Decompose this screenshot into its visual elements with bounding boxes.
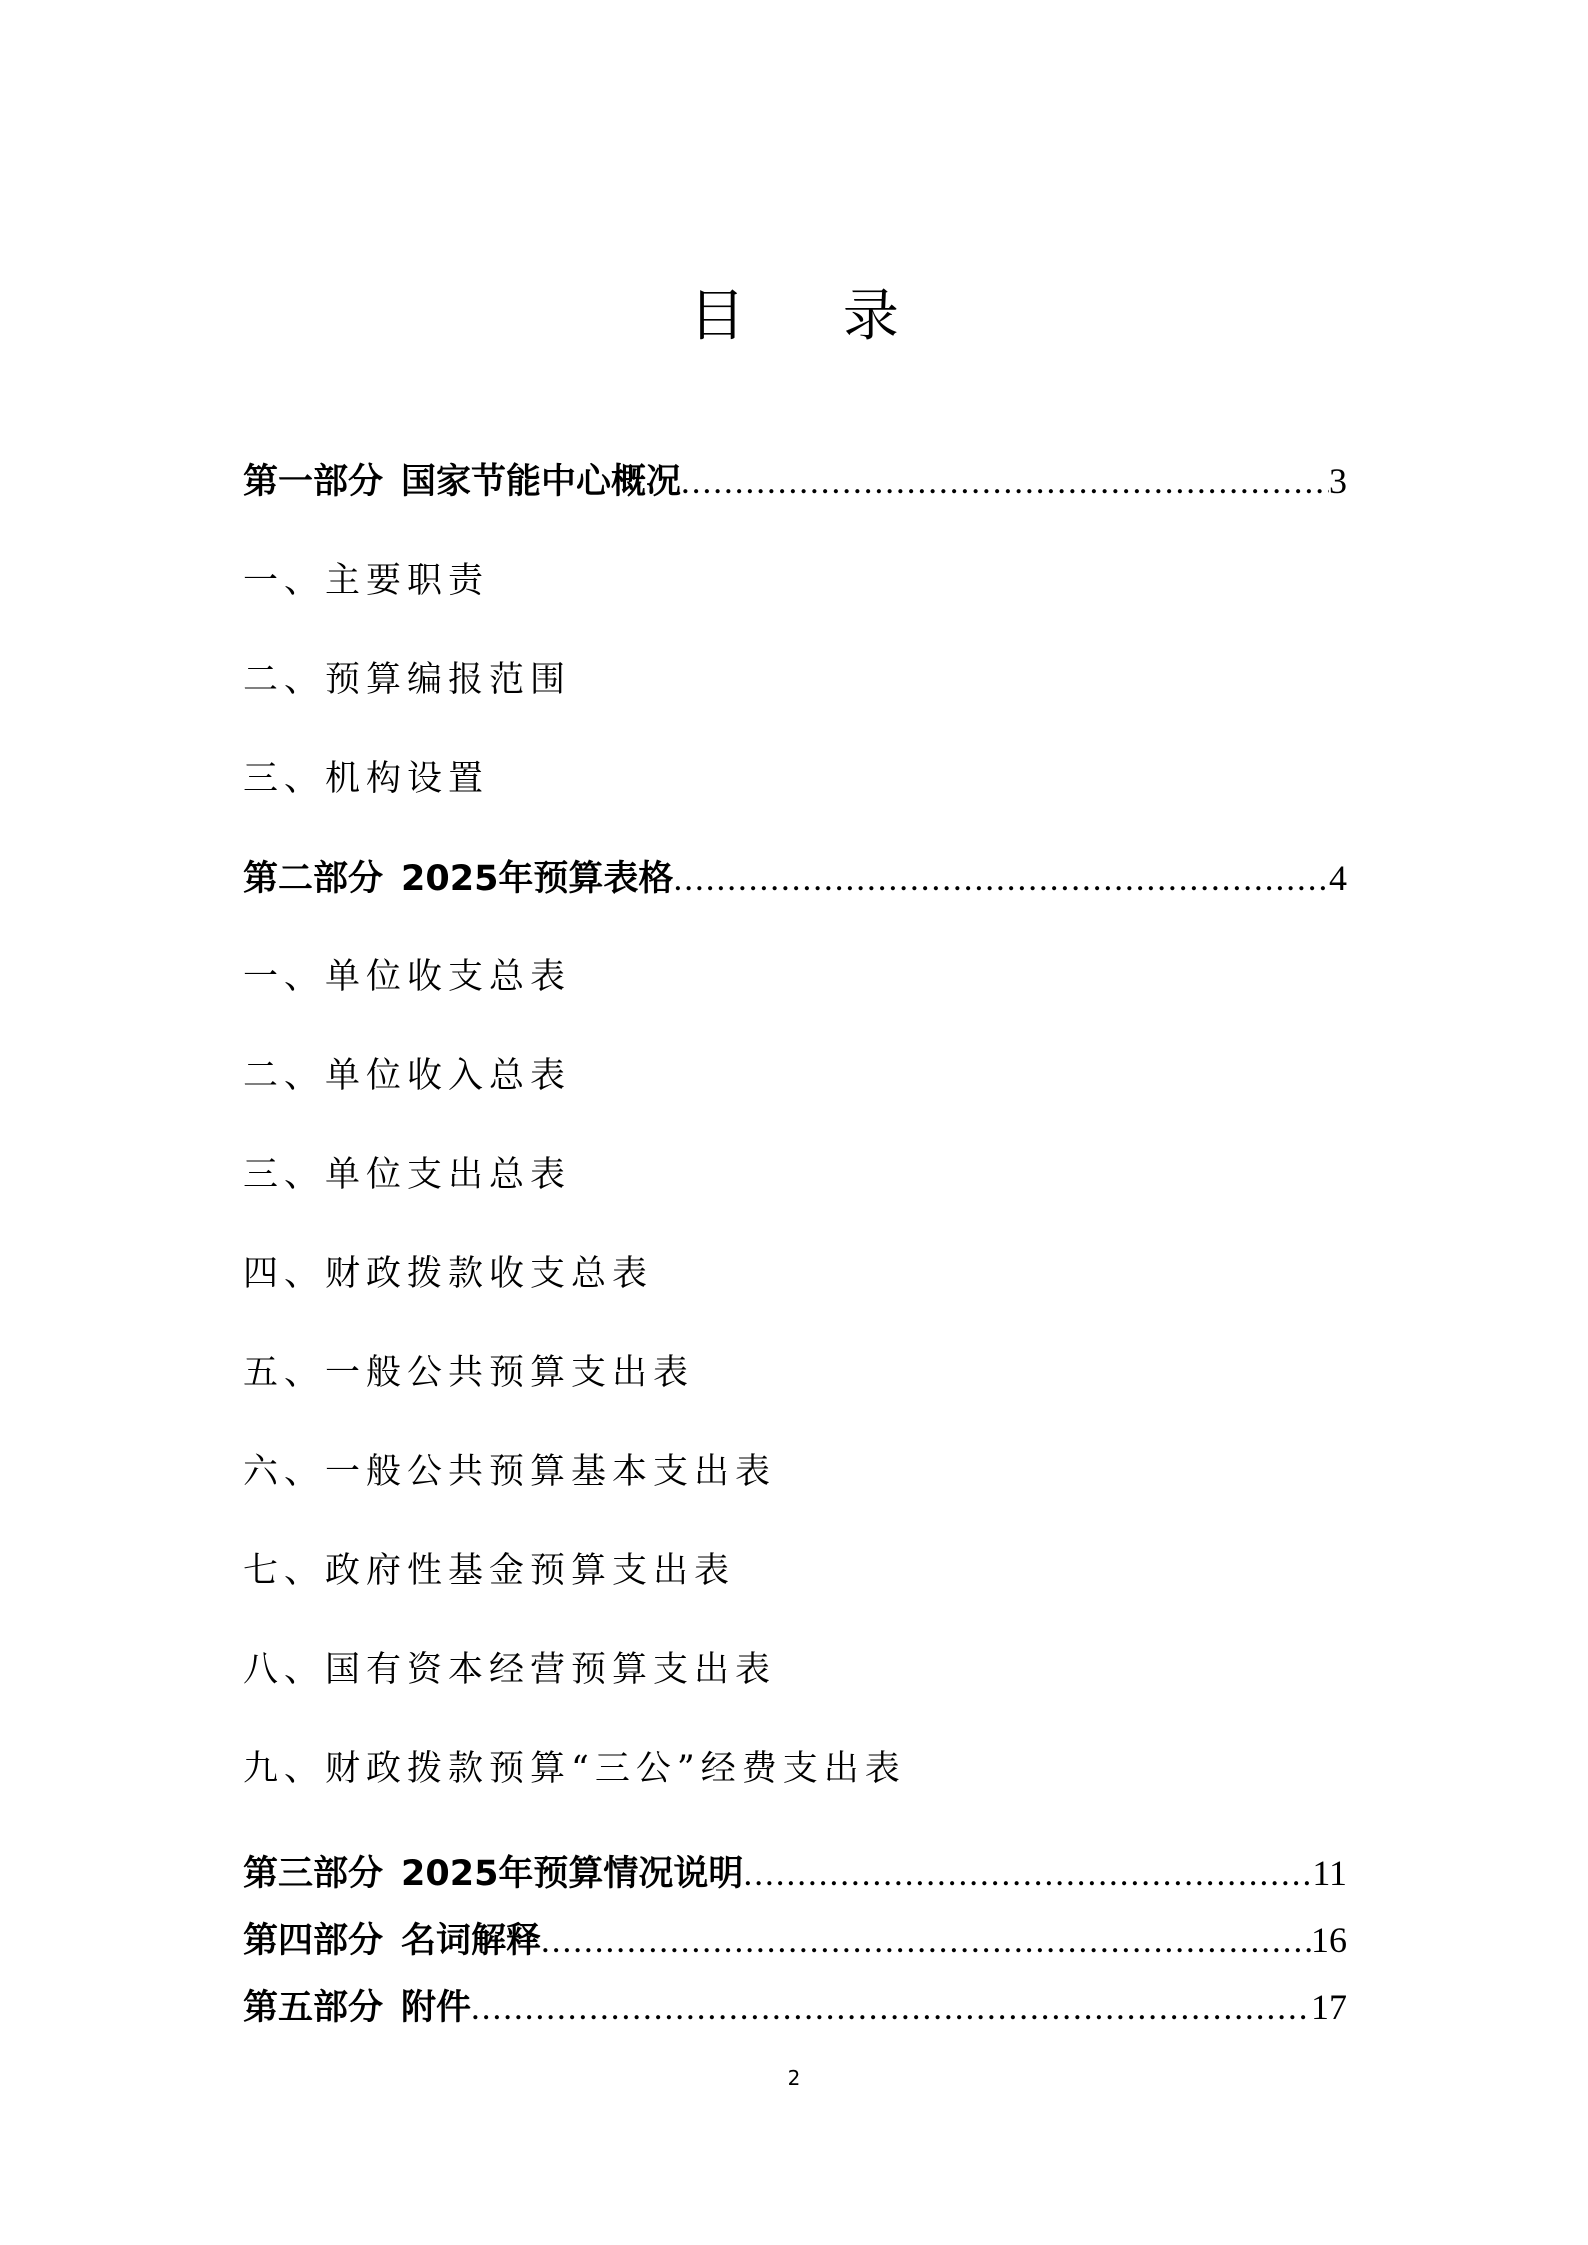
dot-leader [743, 1851, 1312, 1897]
toc-item[interactable]: 二、单位收入总表 [243, 1053, 1347, 1099]
toc-part-4[interactable]: 第四部分 名词解释 16 [243, 1917, 1347, 1964]
toc-item-text: 七、政府性基金预算支出表 [243, 1548, 735, 1594]
part-title: 国家节能中心概况 [401, 459, 681, 505]
toc-item-text: 五、一般公共预算支出表 [243, 1350, 694, 1396]
part-title: 2025年预算表格 [401, 856, 673, 902]
part-label: 第四部分 [243, 1918, 383, 1964]
toc-part-2[interactable]: 第二部分 2025年预算表格 4 [243, 855, 1347, 902]
part-title: 附件 [401, 1985, 471, 2031]
part-label: 第二部分 [243, 856, 383, 902]
toc-item-text: 一、单位收支总表 [243, 954, 571, 1000]
toc-item[interactable]: 七、政府性基金预算支出表 [243, 1548, 1347, 1594]
toc-item-text: 六、一般公共预算基本支出表 [243, 1449, 776, 1495]
toc-item-text: 一、主要职责 [243, 558, 489, 604]
page-title: 目 录 [0, 282, 1588, 352]
dot-leader [471, 1985, 1311, 2031]
toc-item[interactable]: 三、单位支出总表 [243, 1152, 1347, 1198]
toc-item-text: 三、机构设置 [243, 756, 489, 802]
toc-item-text: 二、单位收入总表 [243, 1053, 571, 1099]
page-ref: 3 [1329, 458, 1347, 504]
part-label: 第五部分 [243, 1985, 383, 2031]
toc-item[interactable]: 五、一般公共预算支出表 [243, 1350, 1347, 1396]
dot-leader [681, 459, 1329, 505]
toc-item[interactable]: 九、财政拨款预算“三公”经费支出表 [243, 1746, 1347, 1792]
part-label: 第一部分 [243, 459, 383, 505]
toc-item-text: 八、国有资本经营预算支出表 [243, 1647, 776, 1693]
part-title: 2025年预算情况说明 [401, 1851, 743, 1897]
toc-part-1[interactable]: 第一部分 国家节能中心概况 3 [243, 458, 1347, 505]
page-ref: 4 [1329, 855, 1347, 901]
toc-item-text: 四、财政拨款收支总表 [243, 1251, 653, 1297]
toc-item-text: 二、预算编报范围 [243, 657, 571, 703]
part-title: 名词解释 [401, 1918, 541, 1964]
toc-item[interactable]: 四、财政拨款收支总表 [243, 1251, 1347, 1297]
dot-leader [673, 856, 1329, 902]
page-number: 2 [0, 2066, 1588, 2090]
toc-item-text: 三、单位支出总表 [243, 1152, 571, 1198]
toc-item[interactable]: 二、预算编报范围 [243, 657, 1347, 703]
page-ref: 11 [1312, 1850, 1347, 1896]
toc-part-3[interactable]: 第三部分 2025年预算情况说明 11 [243, 1850, 1347, 1897]
part-label: 第三部分 [243, 1851, 383, 1897]
toc-item[interactable]: 一、单位收支总表 [243, 954, 1347, 1000]
toc-item[interactable]: 三、机构设置 [243, 756, 1347, 802]
toc-item[interactable]: 一、主要职责 [243, 558, 1347, 604]
toc-item[interactable]: 八、国有资本经营预算支出表 [243, 1647, 1347, 1693]
dot-leader [541, 1918, 1311, 1964]
toc-item-text: 九、财政拨款预算“三公”经费支出表 [243, 1746, 906, 1792]
page-ref: 16 [1311, 1917, 1347, 1963]
toc-part-5[interactable]: 第五部分 附件 17 [243, 1984, 1347, 2031]
toc-item[interactable]: 六、一般公共预算基本支出表 [243, 1449, 1347, 1495]
page-ref: 17 [1311, 1984, 1347, 2030]
